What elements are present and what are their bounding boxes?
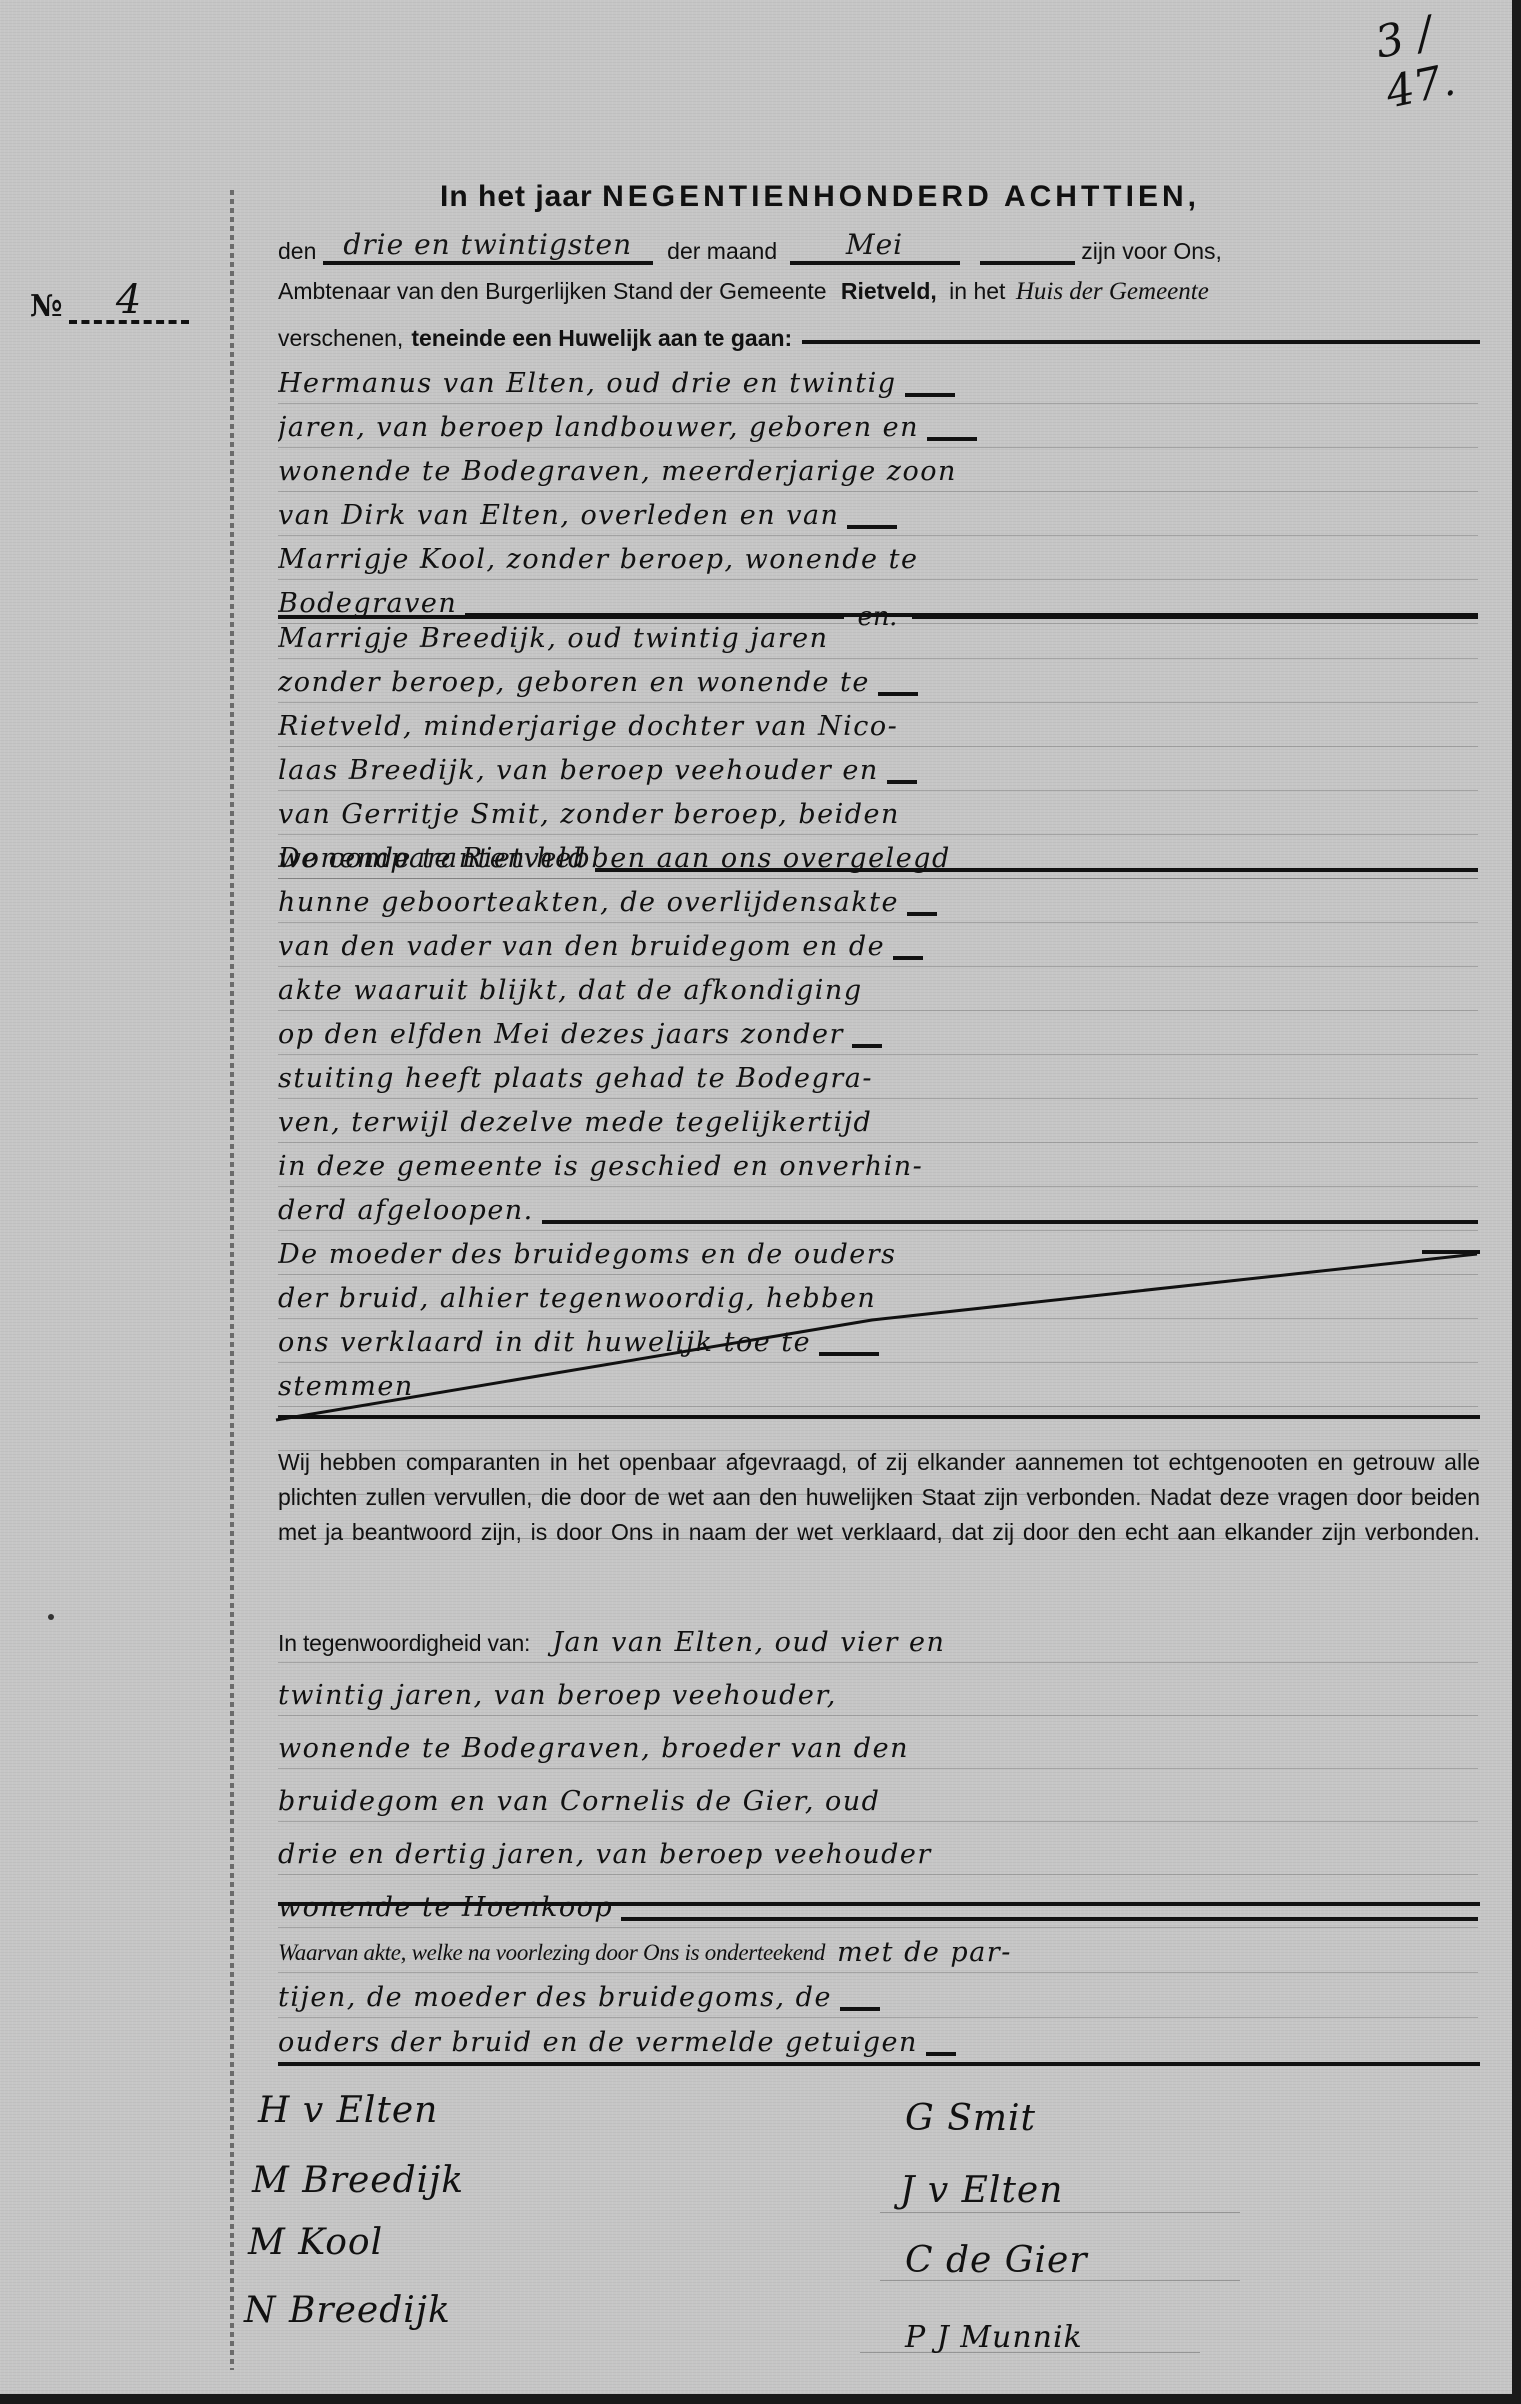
closing-line: met de par- <box>837 1934 1012 1972</box>
header-date-line: den drie en twintigsten der maand Mei zi… <box>278 228 1480 264</box>
verschenen: verschenen, <box>278 325 403 352</box>
bride-line: van Gerritje Smit, zonder beroep, beiden <box>278 791 1478 835</box>
groom-line: jaren, van beroep landbouwer, geboren en <box>278 404 1478 448</box>
declaration-line: in deze gemeente is geschied en onverhin… <box>278 1143 1478 1187</box>
witnesses-label: In tegenwoordigheid van: <box>278 1624 530 1662</box>
perforation-line <box>230 190 234 2370</box>
act-number-label: № <box>30 289 63 324</box>
title-year: NEGENTIENHONDERD ACHTTIEN, <box>602 180 1200 213</box>
signature-guide <box>880 2280 1240 2281</box>
signature-bride-father: N Breedijk <box>244 2290 451 2331</box>
official-text: Ambtenaar van den Burgerlijken Stand der… <box>278 278 827 304</box>
municipality: Rietveld, <box>841 278 937 304</box>
bride-line: Rietveld, minderjarige dochter van Nico- <box>278 703 1478 747</box>
bride-line: laas Breedijk, van beroep veehouder en <box>278 747 1478 791</box>
day-field: drie en twintigsten <box>323 228 653 265</box>
signature-groom: H v Elten <box>258 2090 438 2131</box>
in-het: in het <box>949 278 1005 304</box>
closing-block: Waarvan akte, welke na voorlezing door O… <box>278 1928 1478 2063</box>
header-appeared-line: verschenen, teneinde een Huwelijk aan te… <box>278 316 1480 352</box>
signature-bride-mother: G Smit <box>905 2098 1036 2139</box>
declaration-line: van den vader van den bruidegom en de <box>278 923 1478 967</box>
act-number: № 4 <box>30 280 189 324</box>
marriage-purpose: teneinde een Huwelijk aan te gaan: <box>411 325 792 352</box>
witness-line: wonende te Hoenkoop <box>278 1889 613 1927</box>
section-divider <box>278 1415 1480 1419</box>
section-divider <box>278 1902 1480 1906</box>
zijn-voor-ons: zijn voor Ons, <box>1081 238 1222 264</box>
witness-line: Jan van Elten, oud vier en <box>552 1624 945 1662</box>
declaration-line: op den elfden Mei dezes jaars zonder <box>278 1011 1478 1055</box>
witnesses-block: In tegenwoordigheid van: Jan van Elten, … <box>278 1612 1478 1928</box>
closing-line: tijen, de moeder des bruidegoms, de <box>278 1979 832 2017</box>
groom-line: wonende te Bodegraven, meerderjarige zoo… <box>278 448 1478 492</box>
signature-witness-1: J v Elten <box>900 2170 1063 2211</box>
groom-line: van Dirk van Elten, overleden en van <box>278 492 1478 536</box>
huis-der-gemeente: Huis der Gemeente <box>1016 278 1209 305</box>
signature-groom-mother: M Kool <box>248 2222 383 2263</box>
scan-edge-bottom <box>0 2394 1521 2404</box>
line-filler <box>802 340 1480 344</box>
ink-spot <box>48 1614 54 1620</box>
closing-line: ouders der bruid en de vermelde getuigen <box>278 2024 918 2062</box>
signature-registrar: P J Munnik <box>905 2320 1083 2355</box>
signature-guide <box>880 2212 1240 2213</box>
declaration-line: De comparanten hebben aan ons overgelegd <box>278 835 1478 879</box>
section-divider <box>278 2062 1480 2066</box>
groom-line: Hermanus van Elten, oud drie en twintig <box>278 360 1478 404</box>
scan-edge-right <box>1512 0 1521 2404</box>
bride-line: zonder beroep, geboren en wonende te <box>278 659 1478 703</box>
witness-line: wonende te Bodegraven, broeder van den <box>278 1730 909 1768</box>
declaration-line: stuiting heeft plaats gehad te Bodegra- <box>278 1055 1478 1099</box>
groom-line: Marrigje Kool, zonder beroep, wonende te <box>278 536 1478 580</box>
witness-line: twintig jaren, van beroep veehouder, <box>278 1677 837 1715</box>
vows-paragraph: Wij hebben comparanten in het openbaar a… <box>278 1445 1480 1550</box>
signature-guide <box>860 2352 1200 2353</box>
signature-witness-2: C de Gier <box>905 2240 1088 2281</box>
declaration-line: derd afgeloopen. <box>278 1187 1478 1231</box>
witness-line: bruidegom en van Cornelis de Gier, oud <box>278 1783 880 1821</box>
maand-label: der maand <box>667 238 777 264</box>
title-prefix: In het jaar <box>440 180 593 213</box>
den-label: den <box>278 238 316 264</box>
groom-block: Hermanus van Elten, oud drie en twintig … <box>278 360 1478 624</box>
closing-lead: Waarvan akte, welke na voorlezing door O… <box>278 1934 825 1972</box>
month-filler <box>980 261 1075 265</box>
document-page: 3 / 47. № 4 In het jaar NEGENTIENHONDERD… <box>0 0 1512 2394</box>
bride-line: Marrigje Breedijk, oud twintig jaren <box>278 615 1478 659</box>
folio-number: 3 / 47. <box>1371 0 1521 119</box>
declaration-line: ven, terwijl dezelve mede tegelijkertijd <box>278 1099 1478 1143</box>
signature-bride: M Breedijk <box>252 2160 464 2201</box>
declaration-line: hunne geboorteakten, de overlijdensakte <box>278 879 1478 923</box>
cancel-stroke <box>272 1250 1482 1430</box>
header-title: In het jaar NEGENTIENHONDERD ACHTTIEN, <box>440 180 1200 214</box>
declaration-line: akte waaruit blijkt, dat de afkondiging <box>278 967 1478 1011</box>
act-number-value: 4 <box>69 280 189 324</box>
month-field: Mei <box>790 228 960 265</box>
header-official-line: Ambtenaar van den Burgerlijken Stand der… <box>278 278 1480 314</box>
witness-line: drie en dertig jaren, van beroep veehoud… <box>278 1836 932 1874</box>
declarations-block: De comparanten hebben aan ons overgelegd… <box>278 835 1478 1539</box>
